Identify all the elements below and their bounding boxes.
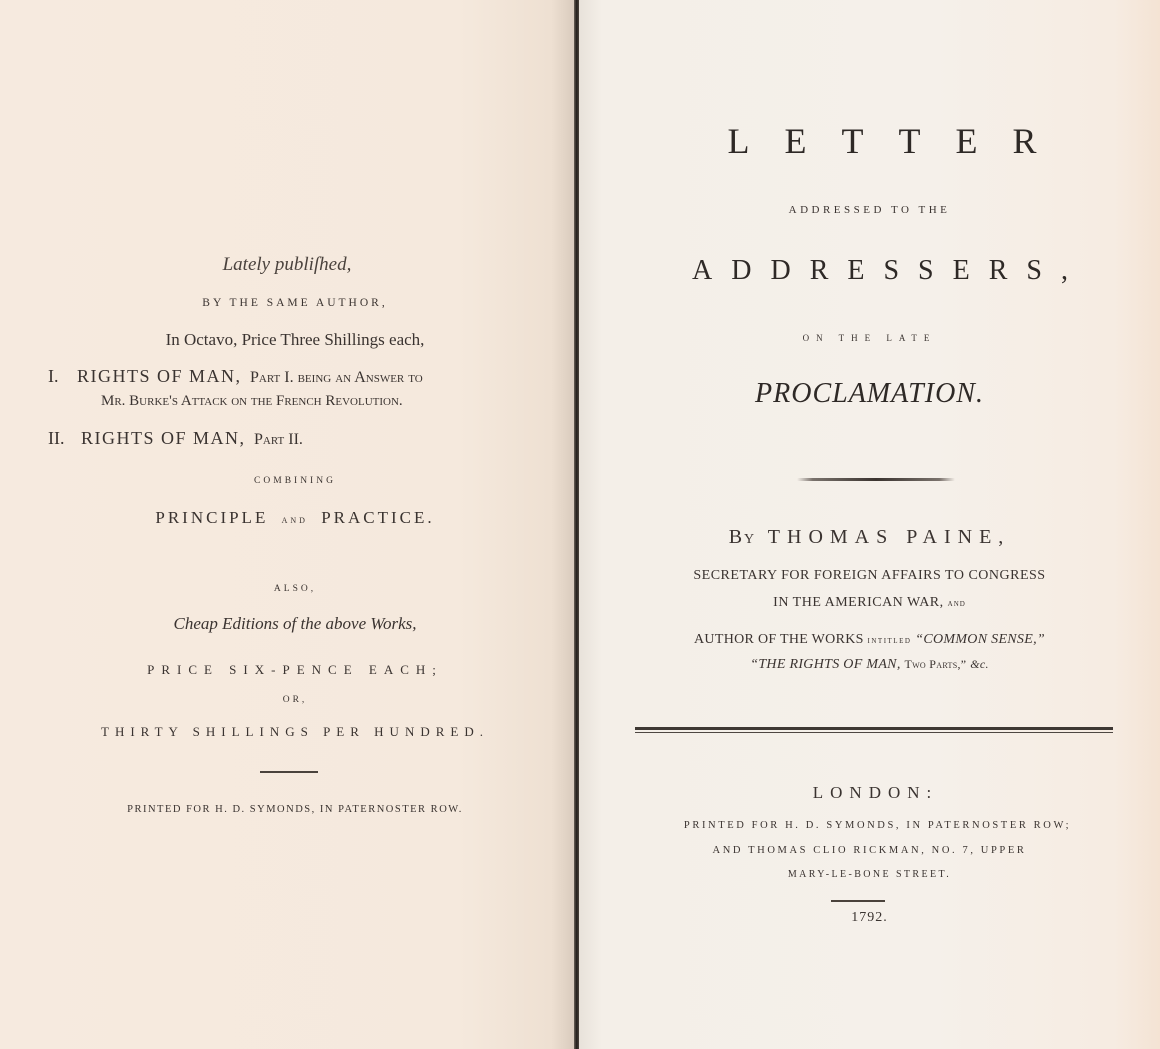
book-spread: Lately publiſhed, BY THE SAME AUTHOR, In… [0,0,1160,1049]
principle-practice-line: PRINCIPLE and PRACTICE. [0,508,582,528]
left-page-advertisement: Lately publiſhed, BY THE SAME AUTHOR, In… [0,0,574,1049]
right-page-title-page: LETTER ADDRESSED TO THE ADDRESSERS, ON T… [579,0,1160,1049]
also-line: ALSO, [0,584,582,594]
title-addressers: ADDRESSERS, [579,255,1160,287]
printed-for-line: PRINTED FOR H. D. SYMONDS, IN PATERNOSTE… [0,804,582,815]
work-item-1-line2: Mr. Burke's Attack on the French Revolut… [101,393,403,410]
and-word: and [282,514,308,526]
cheap-editions-line: Cheap Editions of the above Works, [0,614,582,634]
works-line-1: AUTHOR OF THE WORKS intitled “COMMON SEN… [579,632,1160,648]
imprint-line-2: AND THOMAS CLIO RICKMAN, NO. 7, UPPER [579,845,1160,856]
common-sense-title: “COMMON SENSE,” [915,632,1045,647]
double-rule [635,727,1113,733]
imprint-city: LONDON: [579,783,1160,803]
work-title: RIGHTS OF MAN, [77,366,242,386]
octavo-price-line: In Octavo, Price Three Shillings each, [0,330,582,350]
etcetera: &c. [970,657,989,671]
ornamental-rule [797,478,955,481]
short-rule [260,771,318,773]
combining-line: COMBINING [0,476,582,486]
by-same-author-line: BY THE SAME AUTHOR, [0,297,582,309]
work-part: Part II. [254,431,303,448]
author-byline: By THOMAS PAINE, [579,526,1160,549]
works-line-2: “THE RIGHTS OF MAN, Two Parts,” &c. [579,657,1160,673]
author-of-works: AUTHOR OF THE WORKS [694,632,864,647]
or-line: OR, [0,695,582,705]
short-rule [831,900,885,902]
and-word: and [948,598,966,609]
principle-word: PRINCIPLE [155,508,268,527]
two-parts: Two Parts,” [904,657,966,671]
imprint-line-3: MARY-LE-BONE STREET. [579,869,1160,880]
work-item-2: II. RIGHTS OF MAN, Part II. [48,428,303,449]
price-sixpence-line: PRICE SIX-PENCE EACH; [0,662,582,678]
work-item-1: I. RIGHTS OF MAN, Part I. being an Answe… [48,366,423,387]
work-title: RIGHTS OF MAN, [81,428,246,448]
credential-text: IN THE AMERICAN WAR, [773,595,944,610]
by-word: By [729,526,756,548]
lately-published-heading: Lately publiſhed, [0,254,574,276]
on-the-late-line: ON THE LATE [579,333,1160,343]
addressed-to-the-line: ADDRESSED TO THE [579,204,1160,216]
imprint-line-1: PRINTED FOR H. D. SYMONDS, IN PATERNOSTE… [579,820,1160,831]
credential-line-1: SECRETARY FOR FOREIGN AFFAIRS TO CONGRES… [579,568,1160,584]
thirty-shillings-line: THIRTY SHILLINGS PER HUNDRED. [0,724,582,740]
work-description: Part I. being an Answer to [250,369,423,386]
title-proclamation: PROCLAMATION. [579,378,1160,410]
title-letter: LETTER [579,120,1160,162]
practice-word: PRACTICE. [321,508,434,527]
author-name: THOMAS PAINE, [768,526,1011,548]
intitled-word: intitled [868,635,912,646]
credential-line-2: IN THE AMERICAN WAR, and [579,595,1160,611]
item-number: I. [48,366,59,386]
rights-of-man-title: “THE RIGHTS OF MAN, [750,657,900,672]
publication-year: 1792. [579,910,1160,926]
item-number: II. [48,428,65,448]
